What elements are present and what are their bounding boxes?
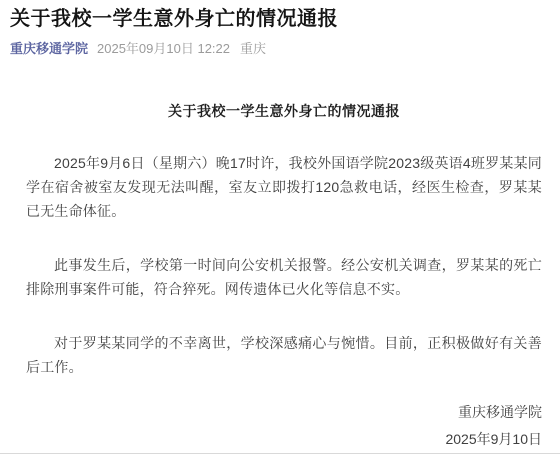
source-name-link[interactable]: 重庆移通学院 <box>10 41 88 57</box>
signature-org: 重庆移通学院 <box>26 399 542 426</box>
notice-paragraph-1: 2025年9月6日（星期六）晚17时许，我校外国语学院2023级英语4班罗某某同… <box>26 151 542 223</box>
article-header: 关于我校一学生意外身亡的情况通报 重庆移通学院 2025年09月10日 12:2… <box>0 0 560 57</box>
notice-paragraph-2: 此事发生后，学校第一时间向公安机关报警。经公安机关调查，罗某某的死亡排除刑事案件… <box>26 253 542 301</box>
notice-title: 关于我校一学生意外身亡的情况通报 <box>26 101 542 121</box>
notice-paragraph-3: 对于罗某某同学的不幸离世，学校深感痛心与惋惜。目前，正积极做好有关善后工作。 <box>26 331 542 379</box>
article-title: 关于我校一学生意外身亡的情况通报 <box>10 6 550 32</box>
notice-document: 关于我校一学生意外身亡的情况通报 2025年9月6日（星期六）晚17时许，我校外… <box>0 101 560 453</box>
publish-datetime: 2025年09月10日 12:22 <box>97 41 230 57</box>
article-meta: 重庆移通学院 2025年09月10日 12:22 重庆 <box>10 41 550 57</box>
article-page: 关于我校一学生意外身亡的情况通报 重庆移通学院 2025年09月10日 12:2… <box>0 0 560 454</box>
notice-body: 2025年9月6日（星期六）晚17时许，我校外国语学院2023级英语4班罗某某同… <box>26 151 542 379</box>
publish-location: 重庆 <box>240 41 266 57</box>
signature-date: 2025年9月10日 <box>26 426 542 453</box>
notice-signature: 重庆移通学院 2025年9月10日 <box>26 399 542 453</box>
